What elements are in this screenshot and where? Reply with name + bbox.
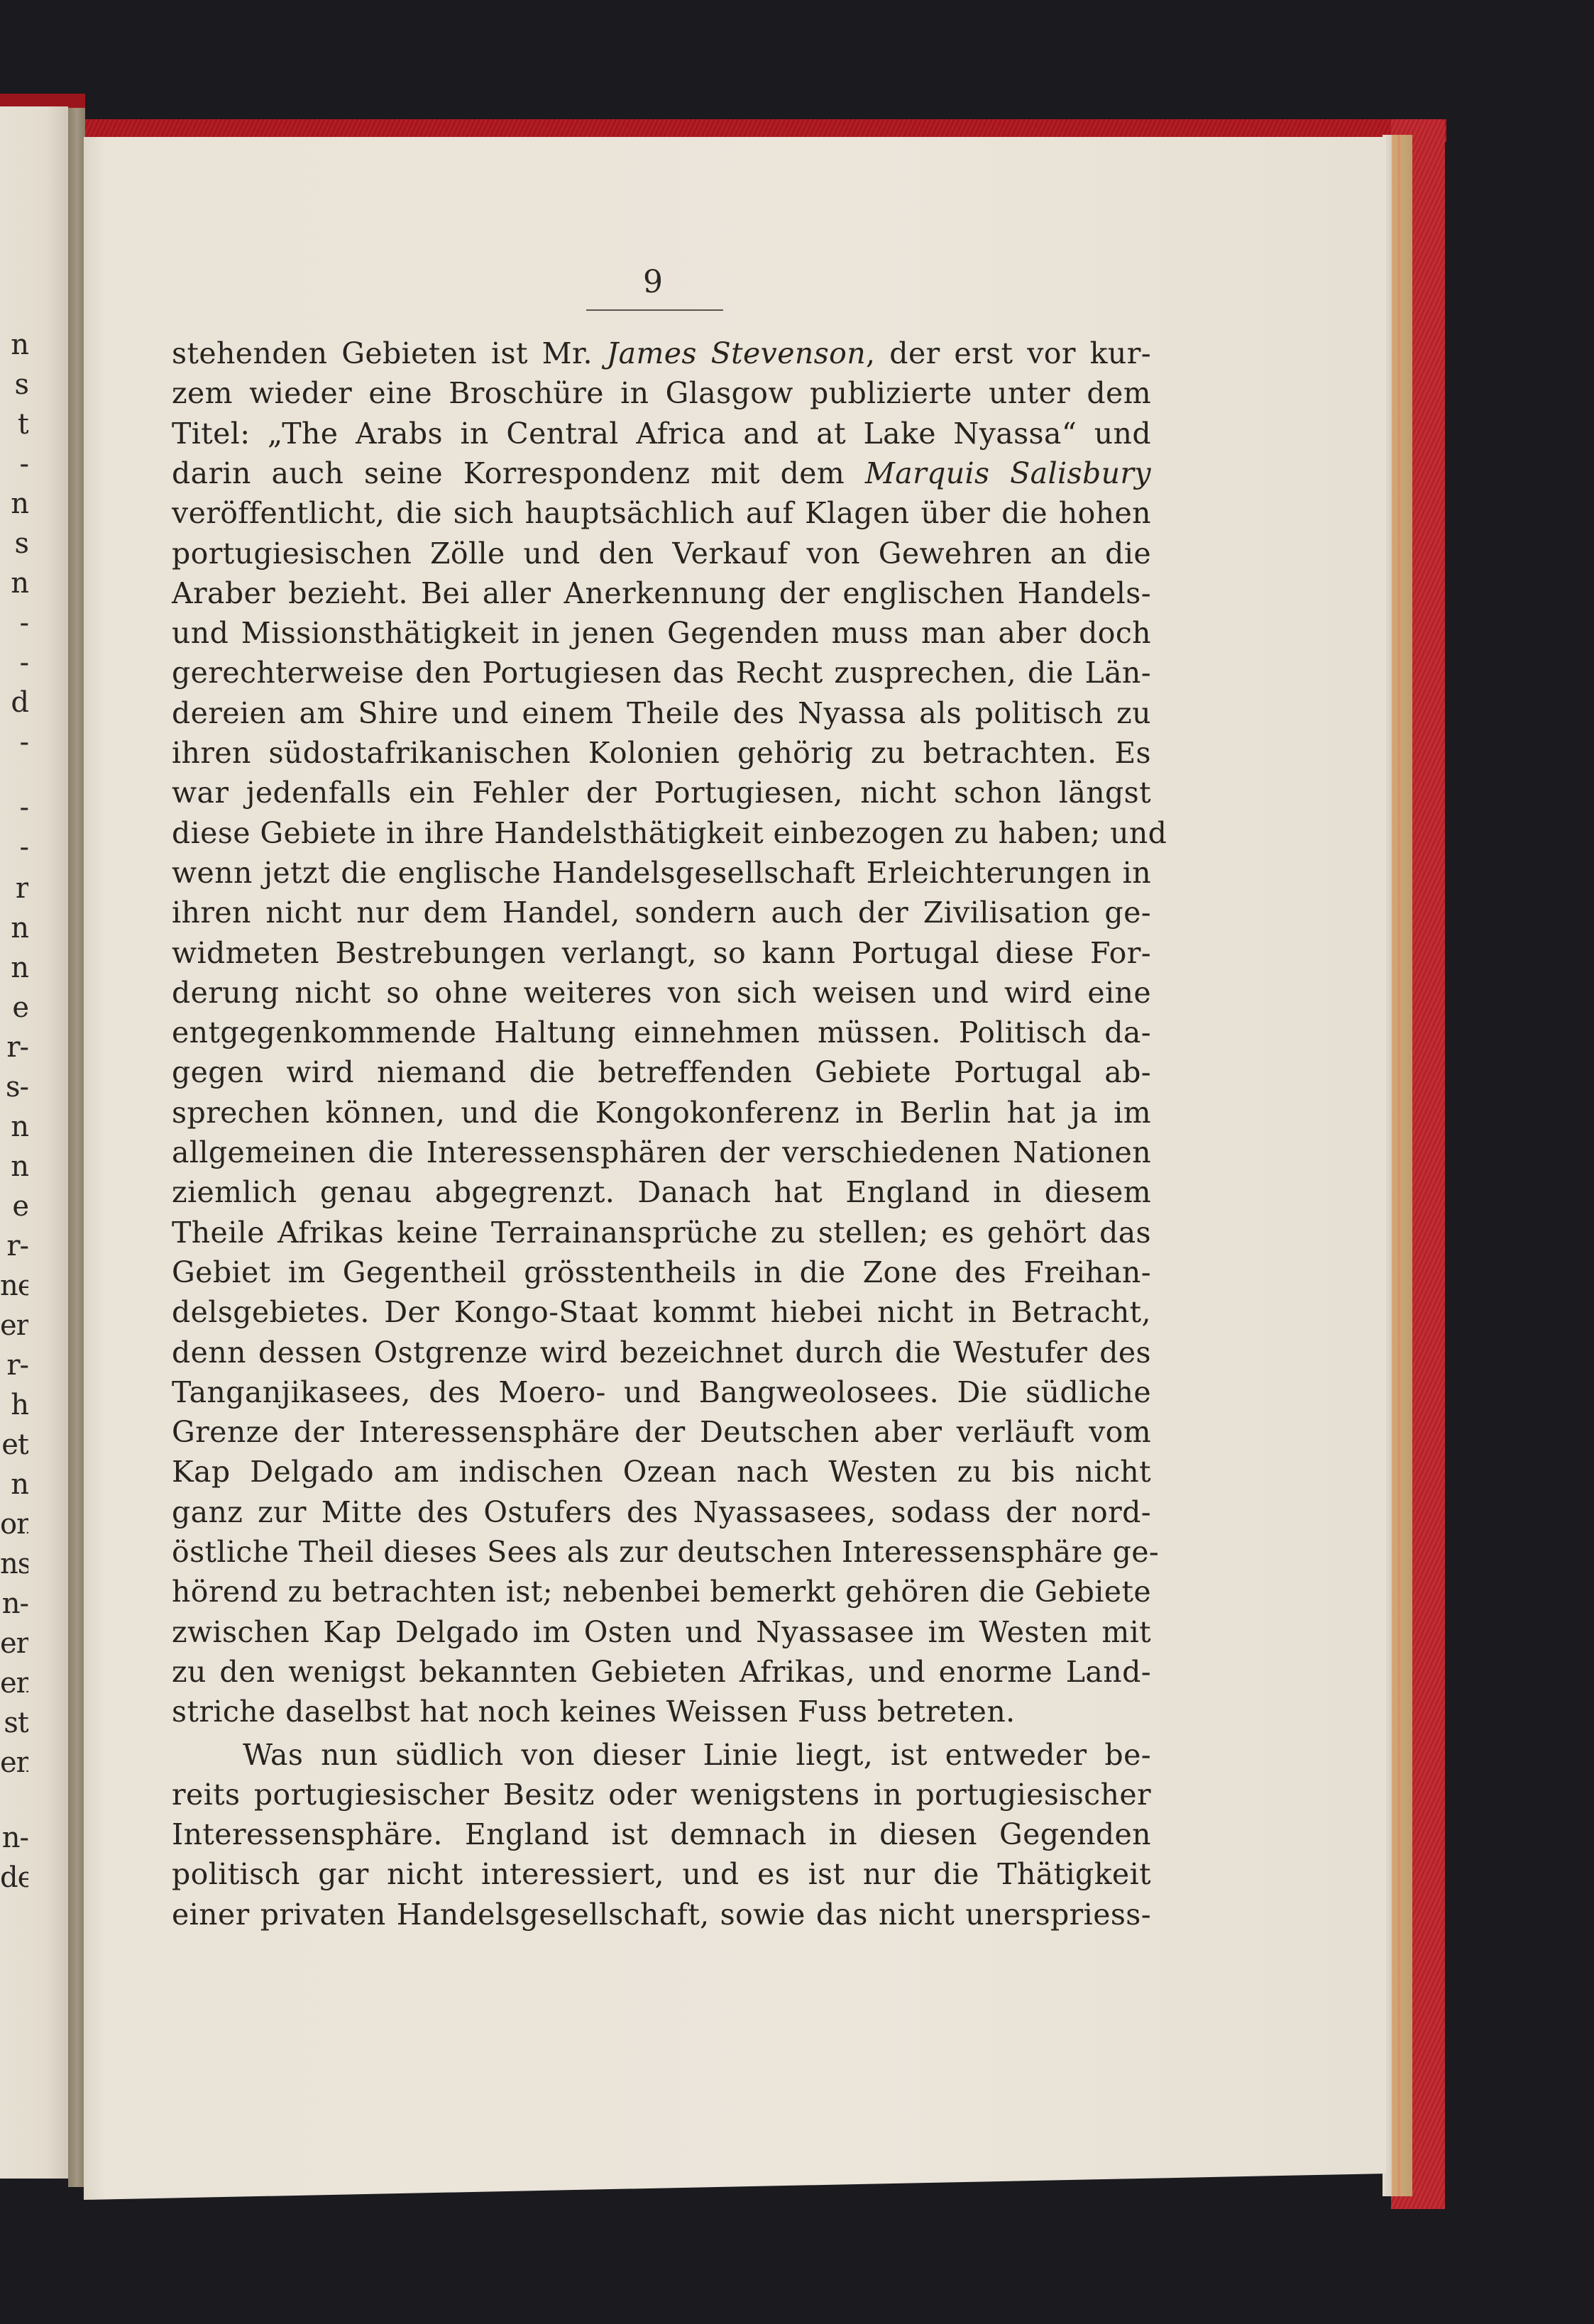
text-segment: dereien am Shire und einem Theile des Ny… <box>172 696 1151 730</box>
left-page-text-fragment: n <box>0 1470 28 1499</box>
text-line: zwischen Kap Delgado im Osten und Nyassa… <box>172 1612 1151 1652</box>
text-line: Interessensphäre. England ist demnach in… <box>172 1814 1151 1854</box>
left-page-text-fragment: s <box>0 370 28 399</box>
text-line: diese Gebiete in ihre Handelsthätigkeit … <box>172 813 1151 853</box>
left-page-text-fragment: n <box>0 569 28 597</box>
text-line: einer privaten Handelsgesellschaft, sowi… <box>172 1895 1151 1934</box>
text-segment: Gebiet im Gegentheil grösstentheils in d… <box>172 1255 1151 1289</box>
text-line: stehenden Gebieten ist Mr. James Stevens… <box>172 334 1151 373</box>
text-segment: derung nicht so ohne weiteres von sich w… <box>172 976 1151 1010</box>
left-page-text-fragment: e <box>0 1192 28 1221</box>
page-number: 9 <box>625 264 681 300</box>
text-segment: denn dessen Ostgrenze wird bezeichnet du… <box>172 1336 1151 1370</box>
left-page-text-fragment: er <box>0 1311 28 1340</box>
left-page-text-fragment: n <box>0 490 28 518</box>
text-segment: war jedenfalls ein Fehler der Portugiese… <box>172 776 1151 810</box>
left-page-text-fragment: - <box>0 450 28 478</box>
italic-name: James Stevenson <box>607 336 866 370</box>
left-page-text-fragment: r- <box>0 1351 28 1379</box>
text-line: und Missionsthätigkeit in jenen Gegenden… <box>172 613 1151 653</box>
left-page-text-fragment: et <box>0 1431 28 1459</box>
text-line: ziemlich genau abgegrenzt. Danach hat En… <box>172 1172 1151 1212</box>
left-page-text-fragment: r <box>0 874 28 903</box>
page-block-edges <box>1383 135 1412 2196</box>
text-segment: Was nun südlich von dieser Linie liegt, … <box>243 1738 1151 1772</box>
left-page-text-fragment: - <box>0 728 28 756</box>
text-segment: zwischen Kap Delgado im Osten und Nyassa… <box>172 1615 1151 1649</box>
text-line: Gebiet im Gegentheil grösstentheils in d… <box>172 1252 1151 1292</box>
text-line: delsgebietes. Der Kongo-Staat kommt hieb… <box>172 1292 1151 1332</box>
text-segment: allgemeinen die Interessensphären der ve… <box>172 1135 1151 1169</box>
text-segment: striche daselbst hat noch keines Weissen… <box>172 1695 1016 1729</box>
text-segment: Theile Afrikas keine Terrainansprüche zu… <box>172 1216 1151 1250</box>
text-segment: Kap Delgado am indischen Ozean nach West… <box>172 1455 1151 1489</box>
text-segment: delsgebietes. Der Kongo-Staat kommt hieb… <box>172 1295 1151 1329</box>
text-line: portugiesischen Zölle und den Verkauf vo… <box>172 534 1151 573</box>
left-page-text-fragment: de <box>0 1863 28 1892</box>
text-segment: zu den wenigst bekannten Gebieten Afrika… <box>172 1655 1151 1689</box>
text-segment: Tanganjikasees, des Moero- und Bangweolo… <box>172 1375 1151 1409</box>
left-page-text-fragment: h <box>0 1391 28 1419</box>
page-number-rule <box>586 309 723 311</box>
left-page-text-fragment: s- <box>0 1073 28 1101</box>
text-line: dereien am Shire und einem Theile des Ny… <box>172 693 1151 733</box>
text-line: darin auch seine Korrespondenz mit dem M… <box>172 453 1151 493</box>
text-line: politisch gar nicht interessiert, und es… <box>172 1854 1151 1894</box>
left-page-text-fragment: en <box>0 1669 28 1697</box>
text-line: entgegenkommende Haltung einnehmen müsse… <box>172 1013 1151 1052</box>
text-line: östliche Theil dieses Sees als zur deuts… <box>172 1532 1151 1572</box>
left-page-text-fragment: d <box>0 688 28 717</box>
text-segment: portugiesischen Zölle und den Verkauf vo… <box>172 536 1151 571</box>
left-page-text-fragment: on <box>0 1510 28 1538</box>
text-line: ganz zur Mitte des Ostufers des Nyassase… <box>172 1492 1151 1532</box>
text-line: allgemeinen die Interessensphären der ve… <box>172 1133 1151 1172</box>
text-segment: wenn jetzt die englische Handelsgesellsc… <box>172 856 1151 890</box>
left-page-text-fragment: - <box>0 609 28 637</box>
left-page-text-fragment: er <box>0 1629 28 1658</box>
text-segment: widmeten Bestrebungen verlangt, so kann … <box>172 936 1151 970</box>
left-page-text-fragment: n <box>0 954 28 982</box>
text-segment: diese Gebiete in ihre Handelsthätigkeit … <box>172 816 1167 850</box>
text-line: striche daselbst hat noch keines Weissen… <box>172 1692 1151 1731</box>
left-page-text-fragment: e <box>0 993 28 1022</box>
text-line: gerechterweise den Portugiesen das Recht… <box>172 653 1151 693</box>
text-line: Tanganjikasees, des Moero- und Bangweolo… <box>172 1372 1151 1412</box>
text-segment: zem wieder eine Broschüre in Glasgow pub… <box>172 376 1151 410</box>
text-segment: entgegenkommende Haltung einnehmen müsse… <box>172 1015 1151 1050</box>
text-segment: politisch gar nicht interessiert, und es… <box>172 1857 1151 1891</box>
text-line: Titel: „The Arabs in Central Africa and … <box>172 414 1151 453</box>
left-page-text-fragment: n- <box>0 1590 28 1618</box>
text-line: wenn jetzt die englische Handelsgesellsc… <box>172 853 1151 893</box>
text-line: reits portugiesischer Besitz oder wenigs… <box>172 1775 1151 1814</box>
text-segment: einer privaten Handelsgesellschaft, sowi… <box>172 1898 1151 1932</box>
text-segment: östliche Theil dieses Sees als zur deuts… <box>172 1535 1159 1569</box>
text-line: ihren nicht nur dem Handel, sondern auch… <box>172 893 1151 932</box>
text-segment: sprechen können, und die Kongokonferenz … <box>172 1096 1151 1130</box>
left-page-text-fragment: s <box>0 529 28 558</box>
left-page-text-fragment: ns <box>0 1550 28 1578</box>
left-page-text-fragment: n <box>0 331 28 359</box>
text-line: war jedenfalls ein Fehler der Portugiese… <box>172 773 1151 813</box>
left-page-text-fragment: - <box>0 649 28 677</box>
text-segment: ihren südostafrikanischen Kolonien gehör… <box>172 736 1151 770</box>
text-line: sprechen können, und die Kongokonferenz … <box>172 1093 1151 1133</box>
text-line: hörend zu betrachten ist; nebenbei bemer… <box>172 1572 1151 1612</box>
text-line: Grenze der Interessensphäre der Deutsche… <box>172 1412 1151 1452</box>
text-segment: Grenze der Interessensphäre der Deutsche… <box>172 1415 1151 1449</box>
text-segment: stehenden Gebieten ist Mr. <box>172 336 607 370</box>
text-line: widmeten Bestrebungen verlangt, so kann … <box>172 933 1151 973</box>
text-segment: darin auch seine Korrespondenz mit dem <box>172 456 865 490</box>
text-line: Araber bezieht. Bei aller Anerkennung de… <box>172 573 1151 613</box>
left-page-text-fragment: - <box>0 833 28 861</box>
text-segment: Araber bezieht. Bei aller Anerkennung de… <box>172 576 1151 610</box>
left-page-text-fragment: en <box>0 1748 28 1777</box>
text-segment: Interessensphäre. England ist demnach in… <box>172 1817 1151 1851</box>
text-segment: hörend zu betrachten ist; nebenbei bemer… <box>172 1575 1151 1609</box>
text-line: ihren südostafrikanischen Kolonien gehör… <box>172 733 1151 773</box>
text-line: gegen wird niemand die betreffenden Gebi… <box>172 1052 1151 1092</box>
text-segment: , der erst vor kur- <box>866 336 1151 370</box>
text-segment: ihren nicht nur dem Handel, sondern auch… <box>172 896 1151 930</box>
left-page-text-fragment: n <box>0 1152 28 1181</box>
left-page-text-fragment: - <box>0 793 28 822</box>
text-line: Kap Delgado am indischen Ozean nach West… <box>172 1452 1151 1492</box>
text-line: zem wieder eine Broschüre in Glasgow pub… <box>172 373 1151 413</box>
text-segment: gegen wird niemand die betreffenden Gebi… <box>172 1055 1151 1089</box>
left-page-text-fragment: r- <box>0 1232 28 1260</box>
text-segment: ziemlich genau abgegrenzt. Danach hat En… <box>172 1175 1151 1209</box>
text-line: Was nun südlich von dieser Linie liegt, … <box>172 1735 1151 1775</box>
text-line: zu den wenigst bekannten Gebieten Afrika… <box>172 1652 1151 1692</box>
left-page-text-fragment: r- <box>0 1033 28 1062</box>
text-segment: gerechterweise den Portugiesen das Recht… <box>172 656 1151 690</box>
left-page-text-fragment: n- <box>0 1824 28 1852</box>
text-line: veröffentlicht, die sich hauptsächlich a… <box>172 493 1151 533</box>
text-line: denn dessen Ostgrenze wird bezeichnet du… <box>172 1333 1151 1372</box>
italic-name: Marquis Salisbury <box>865 456 1151 490</box>
left-page-text-fragment: t <box>0 410 28 439</box>
text-segment: und Missionsthätigkeit in jenen Gegenden… <box>172 616 1151 650</box>
left-page-text-fragment: n <box>0 1113 28 1141</box>
text-line: Theile Afrikas keine Terrainansprüche zu… <box>172 1213 1151 1252</box>
left-page-text-fragment: n <box>0 914 28 942</box>
book-gutter <box>68 108 85 2187</box>
left-page-text-fragment: ne <box>0 1272 28 1300</box>
left-page-text-fragment: st <box>0 1709 28 1737</box>
text-segment: reits portugiesischer Besitz oder wenigs… <box>172 1778 1151 1812</box>
text-segment: veröffentlicht, die sich hauptsächlich a… <box>172 496 1151 530</box>
text-segment: ganz zur Mitte des Ostufers des Nyassase… <box>172 1495 1151 1529</box>
text-line: derung nicht so ohne weiteres von sich w… <box>172 973 1151 1013</box>
text-segment: Titel: „The Arabs in Central Africa and … <box>172 417 1151 451</box>
